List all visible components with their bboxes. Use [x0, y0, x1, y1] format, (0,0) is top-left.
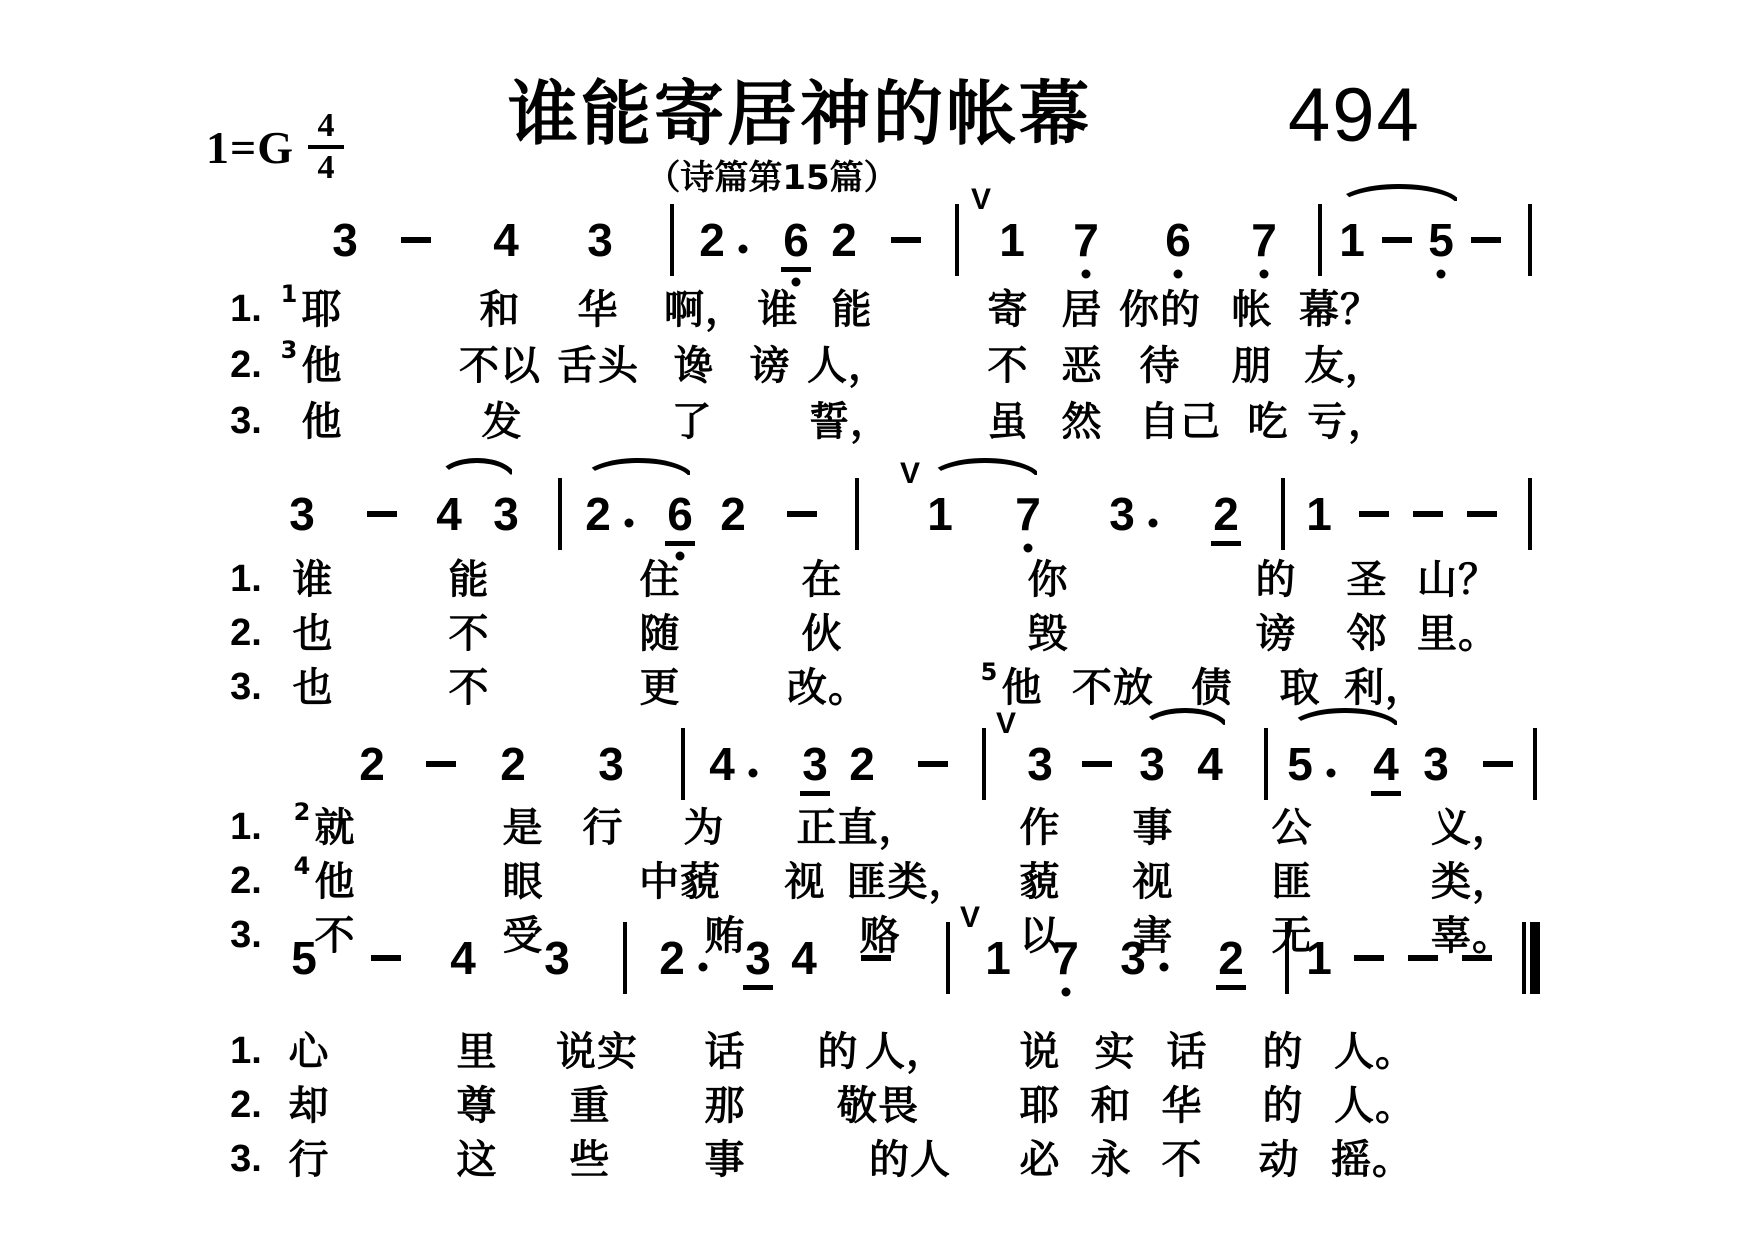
eighth-underline [1216, 985, 1246, 990]
lyric-cell: 和 [1091, 1084, 1132, 1128]
lyric-cell: 事 [1133, 806, 1174, 850]
lyric-cell: 重 [570, 1084, 611, 1128]
lyric-cell: 义， [1431, 806, 1513, 850]
lyric-cell: 匪类， [847, 860, 970, 904]
note-2: 2 [849, 741, 875, 787]
note-2: 2 [699, 217, 725, 263]
lyric-cell: 谤 [1256, 612, 1297, 656]
lyric-cell: 誓， [809, 400, 891, 444]
barline [982, 728, 986, 800]
note-1: 1 [1306, 935, 1332, 981]
key-signature: 1=G 4 4 [206, 108, 344, 186]
note-1: 1 [999, 217, 1025, 263]
lyric-cell: 事 [705, 1138, 746, 1182]
page-title: 谁能寄居神的帐幕 [508, 58, 1092, 159]
sustain-dash [401, 237, 431, 243]
note-3: 3 [802, 741, 828, 787]
lyric-cell: 也 [293, 666, 334, 710]
lyric-cell: 实 [1095, 1030, 1136, 1074]
lyric-cell: 朋 [1232, 344, 1273, 388]
lyric-cell: 能 [449, 558, 490, 602]
dot-after-note [1149, 519, 1158, 528]
lyric-cell: 藐 [1020, 860, 1061, 904]
psalm-verse-ref: 1 [281, 280, 298, 308]
lyric-cell: 你的 [1119, 288, 1201, 332]
breath-mark: V [900, 457, 920, 491]
lyric-cell: 动 [1259, 1138, 1300, 1182]
lyric-cell: 视 [1133, 860, 1174, 904]
barline [855, 478, 859, 550]
lyric-cell: 山？ [1417, 558, 1499, 602]
dot-after-note [749, 769, 758, 778]
lyric-cell: 你 [1028, 558, 1069, 602]
lyric-cell: 他 [1002, 666, 1043, 710]
lyric-cell: 毁 [1028, 612, 1069, 656]
lyric-cell: 虽 [988, 400, 1029, 444]
lyric-cell: 耶 [302, 288, 343, 332]
lyric-cell: 里。 [1417, 612, 1499, 656]
sustain-dash [1413, 511, 1443, 517]
barline [1533, 728, 1537, 800]
low-octave-dot [1062, 988, 1071, 997]
note-5: 5 [1428, 217, 1454, 263]
hymn-number: 494 [1288, 72, 1421, 159]
note-4: 4 [450, 935, 476, 981]
lyric-cell: 待 [1140, 344, 1181, 388]
psalm-verse-ref: 2 [294, 798, 311, 826]
lyric-cell: 随 [640, 612, 681, 656]
barline [670, 204, 674, 276]
low-octave-dot [792, 278, 801, 287]
lyric-cell: 然 [1062, 400, 1103, 444]
barline [1528, 204, 1532, 276]
note-7: 7 [1053, 935, 1079, 981]
lyric-cell: 居 [1062, 288, 1103, 332]
note-3: 3 [544, 935, 570, 981]
lyric-cell: 行 [289, 1138, 330, 1182]
barline [681, 728, 685, 800]
lyric-cell: 正直， [797, 806, 920, 850]
note-7: 7 [1073, 217, 1099, 263]
low-octave-dot [1082, 270, 1091, 279]
note-5: 5 [291, 935, 317, 981]
slur [582, 458, 695, 480]
lyric-cell: 发 [482, 400, 523, 444]
sustain-dash [1483, 761, 1513, 767]
eighth-underline [743, 985, 773, 990]
breath-mark: V [996, 707, 1016, 741]
lyric-cell: 些 [570, 1138, 611, 1182]
page-subtitle: （诗篇第15篇） [646, 150, 897, 199]
lyric-cell: 取 [1280, 666, 1321, 710]
verse-number: 2. [230, 612, 262, 655]
lyric-cell: 的 [1256, 558, 1297, 602]
note-3: 3 [332, 217, 358, 263]
psalm-verse-ref: 4 [294, 852, 311, 880]
note-2: 2 [831, 217, 857, 263]
lyric-cell: 在 [802, 558, 843, 602]
note-5: 5 [1287, 741, 1313, 787]
lyric-cell: 他 [315, 860, 356, 904]
lyric-cell: 吃 [1248, 400, 1289, 444]
lyric-cell: 摇。 [1331, 1138, 1413, 1182]
lyric-cell: 类， [1431, 860, 1513, 904]
time-signature-top: 4 [314, 108, 339, 144]
low-octave-dot [1260, 270, 1269, 279]
dot-after-note [1160, 963, 1169, 972]
barline [1318, 204, 1322, 276]
note-4: 4 [436, 491, 462, 537]
lyric-cell: 辜。 [1431, 914, 1513, 958]
note-3: 3 [1139, 741, 1165, 787]
lyric-cell: 说 [1020, 1030, 1061, 1074]
lyric-cell: 不放 [1072, 666, 1154, 710]
lyric-cell: 赂 [860, 914, 901, 958]
lyric-cell: 谗 [674, 344, 715, 388]
lyric-cell: 必 [1020, 1138, 1061, 1182]
lyric-cell: 利， [1344, 666, 1426, 710]
verse-number: 1. [230, 558, 262, 601]
note-3: 3 [587, 217, 613, 263]
barline [1285, 922, 1289, 994]
sustain-dash [787, 511, 817, 517]
lyric-cell: 他 [302, 400, 343, 444]
lyric-cell: 恶 [1062, 344, 1103, 388]
lyric-cell: 友， [1304, 344, 1386, 388]
note-4: 4 [1373, 741, 1399, 787]
breath-mark: V [960, 901, 980, 935]
lyric-cell: 是 [503, 806, 544, 850]
note-2: 2 [359, 741, 385, 787]
lyric-cell: 那 [705, 1084, 746, 1128]
sustain-dash [861, 955, 891, 961]
lyric-cell: 谁 [758, 288, 799, 332]
dot-after-note [1327, 769, 1336, 778]
lyric-cell: 亏， [1307, 400, 1389, 444]
note-3: 3 [493, 491, 519, 537]
sustain-dash [1467, 511, 1497, 517]
lyric-cell: 作 [1020, 806, 1061, 850]
barline [1528, 478, 1532, 550]
dot-after-note [739, 245, 748, 254]
eighth-underline [1211, 541, 1241, 546]
lyric-cell: 谤 [750, 344, 791, 388]
verse-number: 3. [230, 666, 262, 709]
lyric-cell: 不 [1162, 1138, 1203, 1182]
lyric-cell: 人。 [1334, 1084, 1416, 1128]
lyric-cell: 他 [302, 344, 343, 388]
lyric-cell: 人， [865, 1030, 947, 1074]
note-2: 2 [500, 741, 526, 787]
note-4: 4 [709, 741, 735, 787]
lyric-cell: 舌头 [557, 344, 639, 388]
low-octave-dot [1437, 270, 1446, 279]
lyric-cell: 住 [640, 558, 681, 602]
barline [955, 204, 959, 276]
note-3: 3 [289, 491, 315, 537]
verse-number: 2. [230, 344, 262, 387]
slur [928, 458, 1042, 480]
barline [1281, 478, 1285, 550]
note-4: 4 [791, 935, 817, 981]
lyric-cell: 不以 [459, 344, 541, 388]
lyric-cell: 永 [1091, 1138, 1132, 1182]
lyric-cell: 不 [449, 612, 490, 656]
verse-number: 1. [230, 288, 262, 331]
note-2: 2 [585, 491, 611, 537]
note-4: 4 [493, 217, 519, 263]
slur [437, 458, 517, 480]
lyric-cell: 人， [807, 344, 889, 388]
sustain-dash [426, 761, 456, 767]
lyric-cell: 幕？ [1299, 288, 1381, 332]
lyric-cell: 债 [1192, 666, 1233, 710]
lyric-cell: 能 [832, 288, 873, 332]
sustain-dash [1359, 511, 1389, 517]
note-3: 3 [1109, 491, 1135, 537]
verse-number: 1. [230, 1030, 262, 1073]
lyric-cell: 也 [293, 612, 334, 656]
barline [558, 478, 562, 550]
lyric-cell: 伙 [802, 612, 843, 656]
sustain-dash [1408, 955, 1438, 961]
lyric-cell: 耶 [1020, 1084, 1061, 1128]
lyric-cell: 心 [289, 1030, 330, 1074]
lyric-cell: 视 [785, 860, 826, 904]
lyric-cell: 更 [640, 666, 681, 710]
key-signature-text: 1=G [206, 121, 294, 174]
lyric-cell: 话 [705, 1030, 746, 1074]
lyric-cell: 圣 [1347, 558, 1388, 602]
verse-number: 3. [230, 914, 262, 957]
final-barline-thin [1522, 922, 1526, 994]
note-6: 6 [667, 491, 693, 537]
dot-after-note [625, 519, 634, 528]
lyric-cell: 人。 [1334, 1030, 1416, 1074]
verse-number: 1. [230, 806, 262, 849]
sustain-dash [891, 237, 921, 243]
sustain-dash [1462, 955, 1492, 961]
eighth-underline [665, 541, 695, 546]
lyric-cell: 里 [457, 1030, 498, 1074]
low-octave-dot [1024, 544, 1033, 553]
note-4: 4 [1197, 741, 1223, 787]
lyric-cell: 邻 [1347, 612, 1388, 656]
note-7: 7 [1015, 491, 1041, 537]
lyric-cell: 话 [1167, 1030, 1208, 1074]
sustain-dash [1082, 761, 1112, 767]
lyric-cell: 中藐 [639, 860, 721, 904]
barline [946, 922, 950, 994]
barline [1264, 728, 1268, 800]
lyric-cell: 行 [583, 806, 624, 850]
hymn-page: 1=G 4 4 谁能寄居神的帐幕 （诗篇第15篇） 494 343262V176… [0, 0, 1754, 1240]
lyric-cell: 说实 [556, 1030, 638, 1074]
lyric-cell: 眼 [503, 860, 544, 904]
sustain-dash [1354, 955, 1384, 961]
lyric-cell: 的人 [869, 1138, 951, 1182]
note-2: 2 [659, 935, 685, 981]
sustain-dash [1382, 237, 1412, 243]
slur [1140, 708, 1230, 730]
lyric-cell: 华 [578, 288, 619, 332]
sustain-dash [1471, 237, 1501, 243]
barline [623, 922, 627, 994]
lyric-cell: 公 [1272, 806, 1313, 850]
lyric-cell: 华 [1162, 1084, 1203, 1128]
lyric-cell: 了 [672, 400, 713, 444]
lyric-cell: 和 [480, 288, 521, 332]
time-signature-bottom: 4 [314, 150, 339, 186]
eighth-underline [1371, 791, 1401, 796]
lyric-cell: 谁 [293, 558, 334, 602]
lyric-cell: 不 [988, 344, 1029, 388]
lyric-cell: 尊 [457, 1084, 498, 1128]
lyric-cell: 敬畏 [837, 1084, 919, 1128]
lyric-cell: 匪 [1272, 860, 1313, 904]
note-6: 6 [1165, 217, 1191, 263]
note-3: 3 [1027, 741, 1053, 787]
note-1: 1 [985, 935, 1011, 981]
lyric-cell: 啊， [664, 288, 746, 332]
lyric-cell: 就 [315, 806, 356, 850]
note-2: 2 [1213, 491, 1239, 537]
note-7: 7 [1251, 217, 1277, 263]
lyric-cell: 自己 [1139, 400, 1221, 444]
eighth-underline [781, 267, 811, 272]
note-3: 3 [598, 741, 624, 787]
lyric-cell: 这 [457, 1138, 498, 1182]
slur [1336, 184, 1462, 206]
final-barline-thick [1530, 922, 1540, 994]
psalm-verse-ref: 3 [281, 336, 298, 364]
lyric-cell: 改。 [787, 666, 869, 710]
note-1: 1 [927, 491, 953, 537]
verse-number: 2. [230, 860, 262, 903]
note-3: 3 [1120, 935, 1146, 981]
lyric-cell: 为 [684, 806, 725, 850]
breath-mark: V [971, 183, 991, 217]
lyric-cell: 却 [289, 1084, 330, 1128]
sustain-dash [918, 761, 948, 767]
lyric-cell: 寄 [988, 288, 1029, 332]
low-octave-dot [1174, 270, 1183, 279]
verse-number: 2. [230, 1084, 262, 1127]
lyric-cell: 的 [1263, 1084, 1304, 1128]
lyric-cell: 帐 [1232, 288, 1273, 332]
verse-number: 3. [230, 1138, 262, 1181]
lyric-cell: 不 [449, 666, 490, 710]
lyric-cell: 的 [1263, 1030, 1304, 1074]
psalm-verse-ref: 5 [981, 658, 998, 686]
lyric-cell: 不 [315, 914, 356, 958]
sustain-dash [371, 955, 401, 961]
note-3: 3 [745, 935, 771, 981]
verse-number: 3. [230, 400, 262, 443]
note-1: 1 [1339, 217, 1365, 263]
eighth-underline [800, 791, 830, 796]
lyric-cell: 受 [503, 914, 544, 958]
sustain-dash [367, 511, 397, 517]
note-6: 6 [783, 217, 809, 263]
note-1: 1 [1306, 491, 1332, 537]
lyric-cell: 的 [818, 1030, 859, 1074]
dot-after-note [699, 963, 708, 972]
lyric-cell: 贿 [705, 914, 746, 958]
time-signature: 4 4 [308, 108, 344, 186]
note-2: 2 [1218, 935, 1244, 981]
slur [1288, 708, 1402, 730]
note-2: 2 [720, 491, 746, 537]
note-3: 3 [1423, 741, 1449, 787]
